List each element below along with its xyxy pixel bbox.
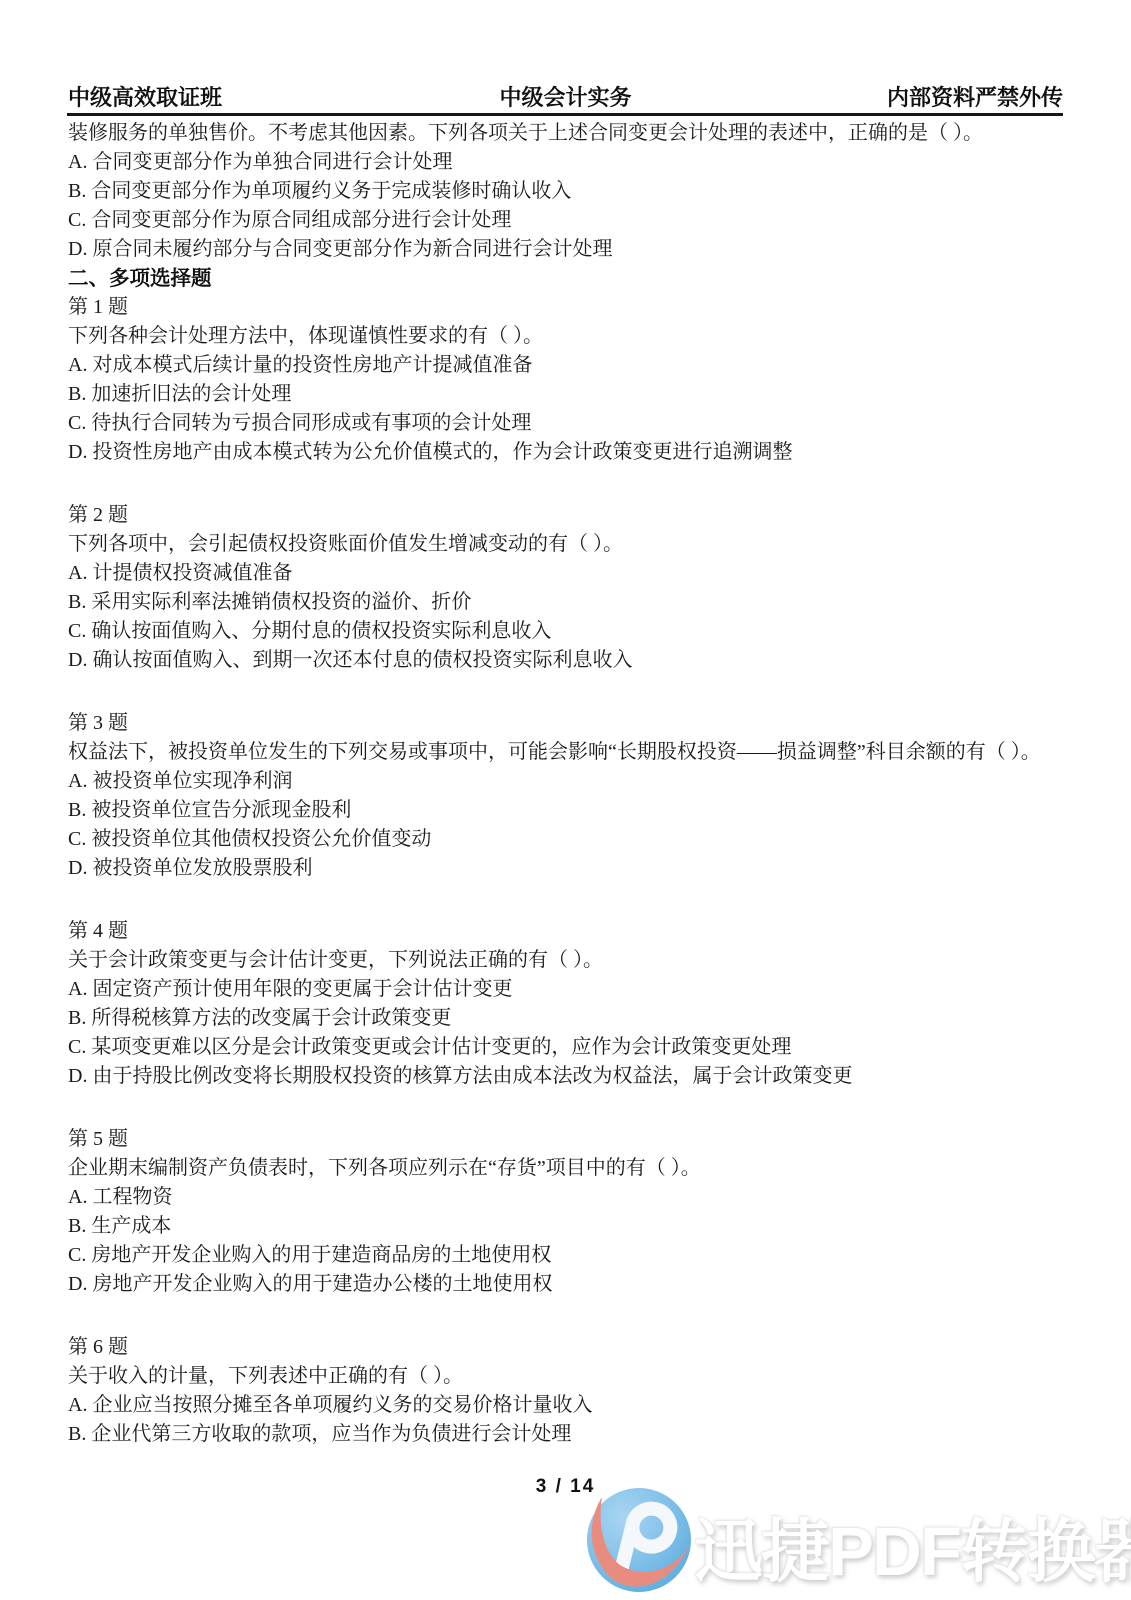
question-stem: 装修服务的单独售价。不考虑其他因素。下列各项关于上述合同变更会计处理的表述中，正…	[68, 119, 1076, 148]
option-line: A. 计提债权投资减值准备	[68, 559, 1076, 588]
question-block: 第 6 题 关于收入的计量，下列表述中正确的有（ ）。 A. 企业应当按照分摊至…	[68, 1333, 1076, 1449]
question-block: 第 2 题 下列各项中，会引起债权投资账面价值发生增减变动的有（ ）。 A. 计…	[68, 501, 1076, 675]
question-number: 第 2 题	[68, 501, 1076, 530]
page-number: 3 / 14	[0, 1476, 1131, 1498]
option-line: A. 被投资单位实现净利润	[68, 767, 1076, 796]
option-line: D. 由于持股比例改变将长期股权投资的核算方法由成本法改为权益法，属于会计政策变…	[68, 1062, 1076, 1091]
question-number: 第 4 题	[68, 917, 1076, 946]
option-line: D. 投资性房地产由成本模式转为公允价值模式的，作为会计政策变更进行追溯调整	[68, 438, 1076, 467]
option-line: A. 企业应当按照分摊至各单项履约义务的交易价格计量收入	[68, 1391, 1076, 1420]
option-line: B. 企业代第三方收取的款项，应当作为负债进行会计处理	[68, 1420, 1076, 1449]
question-stem: 下列各项中，会引起债权投资账面价值发生增减变动的有（ ）。	[68, 530, 1076, 559]
document-page: 中级高效取证班 中级会计实务 内部资料严禁外传 装修服务的单独售价。不考虑其他因…	[0, 0, 1131, 1600]
pdf-converter-logo-icon	[586, 1487, 692, 1593]
question-stem: 关于会计政策变更与会计估计变更，下列说法正确的有（ ）。	[68, 946, 1076, 975]
option-line: A. 对成本模式后续计量的投资性房地产计提减值准备	[68, 351, 1076, 380]
question-number: 第 6 题	[68, 1333, 1076, 1362]
question-number: 第 5 题	[68, 1125, 1076, 1154]
option-line: C. 被投资单位其他债权投资公允价值变动	[68, 825, 1076, 854]
option-line: C. 房地产开发企业购入的用于建造商品房的土地使用权	[68, 1241, 1076, 1270]
option-line: B. 所得税核算方法的改变属于会计政策变更	[68, 1004, 1076, 1033]
document-body: 装修服务的单独售价。不考虑其他因素。下列各项关于上述合同变更会计处理的表述中，正…	[68, 119, 1076, 1449]
option-line: C. 确认按面值购入、分期付息的债权投资实际利息收入	[68, 617, 1076, 646]
question-stem: 下列各种会计处理方法中，体现谨慎性要求的有（ ）。	[68, 322, 1076, 351]
question-block: 第 4 题 关于会计政策变更与会计估计变更，下列说法正确的有（ ）。 A. 固定…	[68, 917, 1076, 1091]
option-line: C. 合同变更部分作为原合同组成部分进行会计处理	[68, 206, 1076, 235]
question-number: 第 1 题	[68, 293, 1076, 322]
option-line: B. 加速折旧法的会计处理	[68, 380, 1076, 409]
option-line: D. 房地产开发企业购入的用于建造办公楼的土地使用权	[68, 1270, 1076, 1299]
question-block: 第 3 题 权益法下，被投资单位发生的下列交易或事项中，可能会影响“长期股权投资…	[68, 709, 1076, 883]
option-line: D. 被投资单位发放股票股利	[68, 854, 1076, 883]
option-line: C. 某项变更难以区分是会计政策变更或会计估计变更的，应作为会计政策变更处理	[68, 1033, 1076, 1062]
question-stem: 关于收入的计量，下列表述中正确的有（ ）。	[68, 1362, 1076, 1391]
option-line: A. 工程物资	[68, 1183, 1076, 1212]
page-header: 中级高效取证班 中级会计实务 内部资料严禁外传	[68, 81, 1063, 109]
option-line: D. 原合同未履约部分与合同变更部分作为新合同进行会计处理	[68, 235, 1076, 264]
option-line: C. 待执行合同转为亏损合同形成或有事项的会计处理	[68, 409, 1076, 438]
question-number: 第 3 题	[68, 709, 1076, 738]
option-line: A. 固定资产预计使用年限的变更属于会计估计变更	[68, 975, 1076, 1004]
option-line: B. 被投资单位宣告分派现金股利	[68, 796, 1076, 825]
question-stem: 企业期末编制资产负债表时，下列各项应列示在“存货”项目中的有（ ）。	[68, 1154, 1076, 1183]
section-title: 二、多项选择题	[68, 264, 1076, 293]
question-block: 第 1 题 下列各种会计处理方法中，体现谨慎性要求的有（ ）。 A. 对成本模式…	[68, 293, 1076, 467]
option-line: B. 生产成本	[68, 1212, 1076, 1241]
option-line: D. 确认按面值购入、到期一次还本付息的债权投资实际利息收入	[68, 646, 1076, 675]
header-divider	[67, 113, 1063, 116]
question-block: 第 5 题 企业期末编制资产负债表时，下列各项应列示在“存货”项目中的有（ ）。…	[68, 1125, 1076, 1299]
option-line: B. 合同变更部分作为单项履约义务于完成装修时确认收入	[68, 177, 1076, 206]
watermark-text: 迅捷PDF转换器	[694, 1496, 1131, 1595]
option-line: A. 合同变更部分作为单独合同进行会计处理	[68, 148, 1076, 177]
option-line: B. 采用实际利率法摊销债权投资的溢价、折价	[68, 588, 1076, 617]
intro-question-continuation: 装修服务的单独售价。不考虑其他因素。下列各项关于上述合同变更会计处理的表述中，正…	[68, 119, 1076, 264]
question-stem: 权益法下，被投资单位发生的下列交易或事项中，可能会影响“长期股权投资——损益调整…	[68, 738, 1076, 767]
header-confidential-notice: 内部资料严禁外传	[887, 81, 1063, 112]
